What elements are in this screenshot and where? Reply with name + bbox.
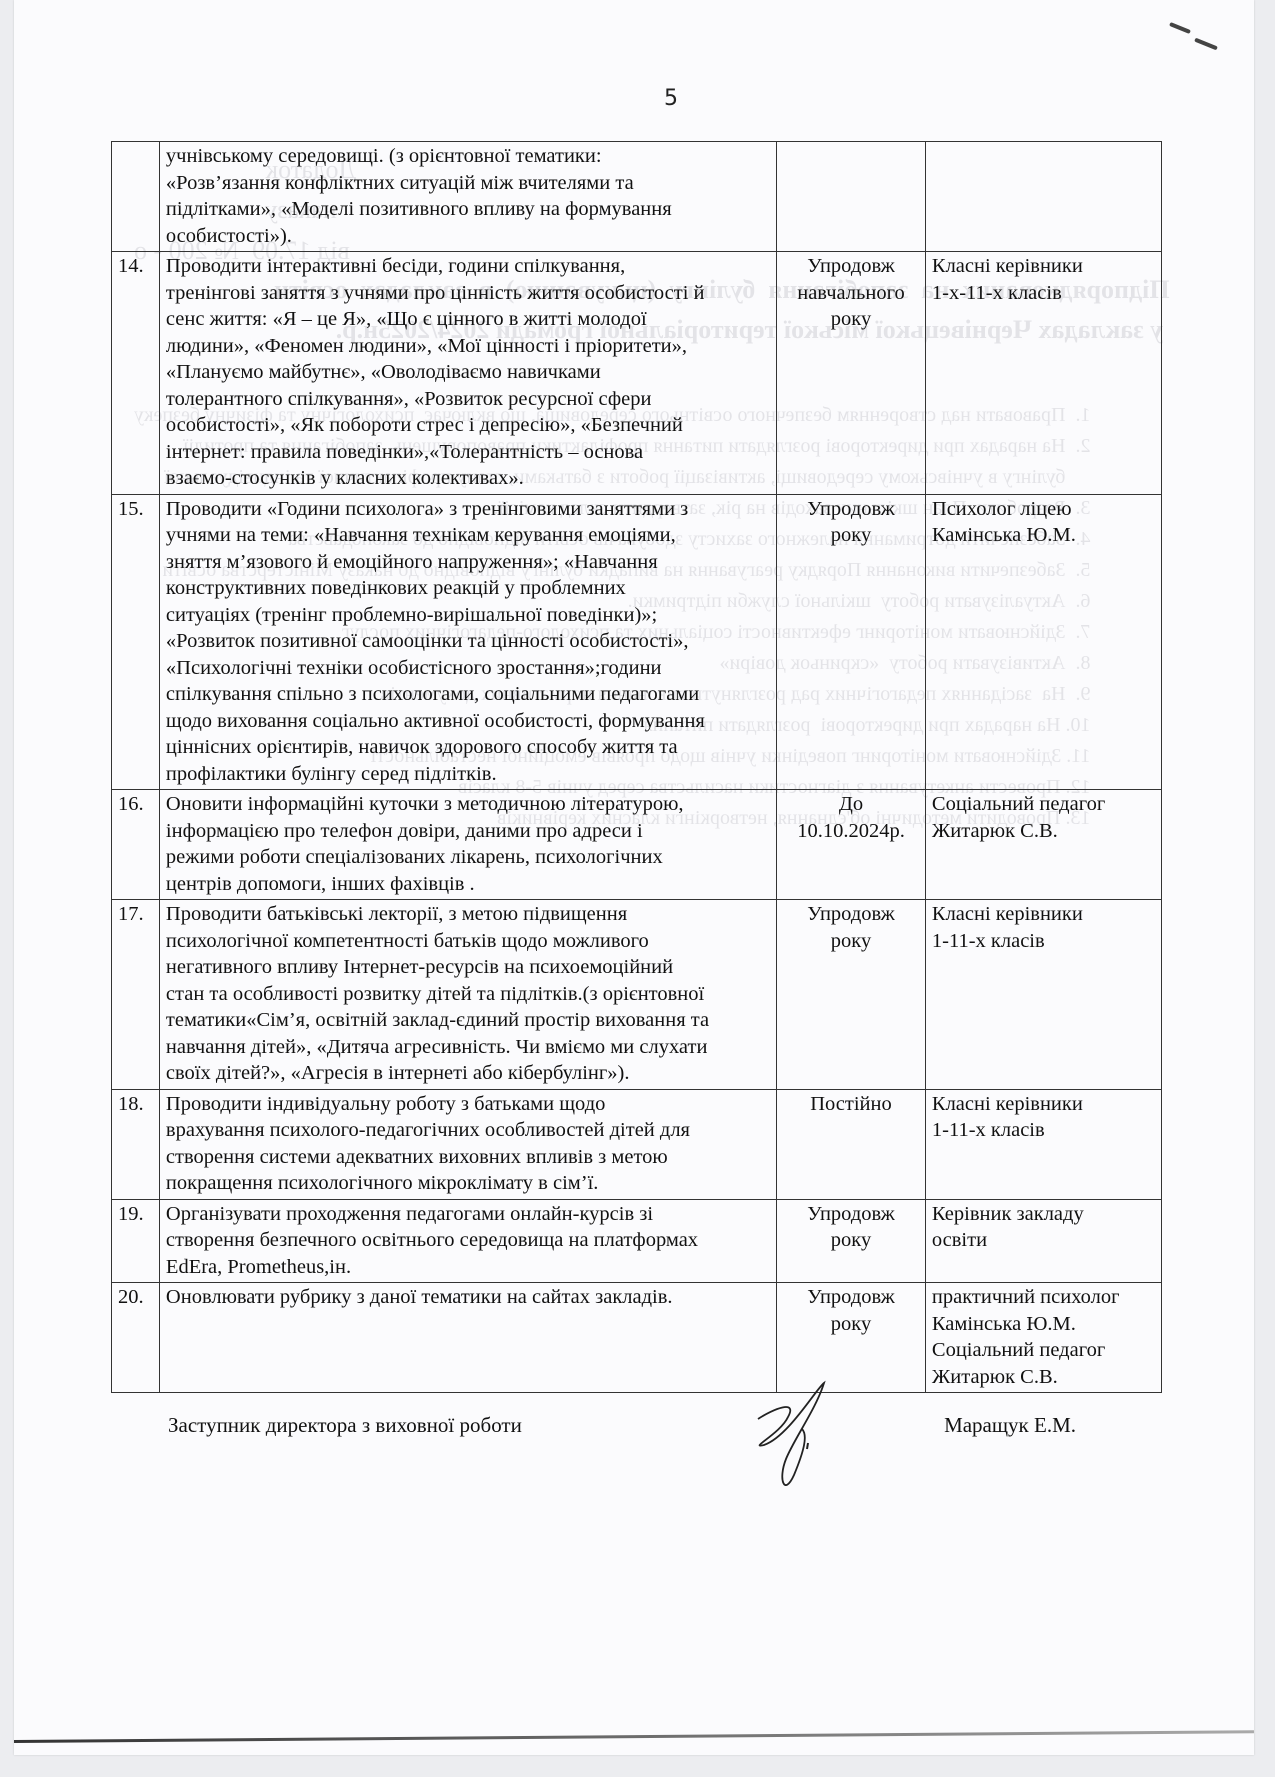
deadline-text-line: Упродовж — [783, 901, 919, 928]
deadline-text-line: Упродовж — [783, 1284, 919, 1311]
responsible-cell: практичний психологКамінська Ю.М.Соціаль… — [925, 1283, 1161, 1393]
task-text-line: Організувати проходження педагогами онла… — [166, 1201, 770, 1228]
task-text-line: профілактики булінгу серед підлітків. — [166, 761, 770, 788]
task-text-line: Оновити інформаційні куточки з методично… — [166, 791, 770, 818]
row-number: 18. — [112, 1089, 160, 1199]
task-text-line: спілкування спільно з психологами, соціа… — [166, 681, 770, 708]
deadline-text-line: року — [783, 522, 919, 549]
deadline-cell: Упродовжнавчальногороку — [777, 252, 926, 495]
task-text-line: особистості», «Як побороти стрес і депре… — [166, 412, 770, 439]
deadline-text-line: року — [783, 928, 919, 955]
task-text-line: створення безпечного освітнього середови… — [166, 1227, 770, 1254]
responsible-text-line: Класні керівники — [932, 253, 1155, 280]
task-text-line: тренінгові заняття з учнями про цінність… — [166, 280, 770, 307]
task-text-line: Проводити індивідуальну роботу з батькам… — [166, 1091, 770, 1118]
task-text-line: створення системи адекватних виховних вп… — [166, 1144, 770, 1171]
row-number: 20. — [112, 1283, 160, 1393]
deadline-text-line: року — [783, 1227, 919, 1254]
task-cell: Проводити індивідуальну роботу з батькам… — [159, 1089, 776, 1199]
task-cell: Оновлювати рубрику з даної тематики на с… — [159, 1283, 776, 1393]
row-number — [112, 142, 160, 252]
task-text-line: навчання дітей», «Дитяча агресивність. Ч… — [166, 1034, 770, 1061]
handwritten-signature-icon — [728, 1379, 838, 1499]
task-text-line: ситуаціях (тренінг проблемно-вирішальної… — [166, 602, 770, 629]
deadline-text-line: року — [783, 306, 919, 333]
task-cell: Оновити інформаційні куточки з методично… — [159, 790, 776, 900]
deadline-cell: Упродовжроку — [777, 1283, 926, 1393]
task-text-line: тематики«Сім’я, освітній заклад-єдиний п… — [166, 1007, 770, 1034]
task-text-line: «Розв’язання конфліктних ситуацій між вч… — [166, 170, 770, 197]
responsible-text-line: Соціальний педагог — [932, 1337, 1155, 1364]
deadline-text-line: Упродовж — [783, 496, 919, 523]
deadline-text-line: року — [783, 1311, 919, 1338]
row-number: 19. — [112, 1199, 160, 1283]
task-text-line: покращення психологічного мікроклімату в… — [166, 1170, 770, 1197]
responsible-text-line: Житарюк С.В. — [932, 818, 1155, 845]
task-text-line: взаємо-стосунків у класних колективах». — [166, 465, 770, 492]
deadline-text-line: 10.10.2024р. — [783, 818, 919, 845]
table-row: 18. Проводити індивідуальну роботу з бат… — [112, 1089, 1162, 1199]
task-text-line: інтернет: правила поведінки»,«Толерантні… — [166, 439, 770, 466]
table-row: 19. Організувати проходження педагогами … — [112, 1199, 1162, 1283]
task-text-line: зняття м’язового й емоційного напруження… — [166, 549, 770, 576]
responsible-text-line: Психолог ліцею — [932, 496, 1155, 523]
responsible-text-line: 1-11-х класів — [932, 928, 1155, 955]
task-text-line: Оновлювати рубрику з даної тематики на с… — [166, 1284, 770, 1311]
responsible-cell: Керівник закладуосвіти — [925, 1199, 1161, 1283]
responsible-cell: Соціальний педагогЖитарюк С.В. — [925, 790, 1161, 900]
table-row: 14. Проводити інтерактивні бесіди, годин… — [112, 252, 1162, 495]
task-text-line: врахування психолого-педагогічних особли… — [166, 1117, 770, 1144]
deadline-text-line: Упродовж — [783, 1201, 919, 1228]
deadline-cell: Упродовжроку — [777, 1199, 926, 1283]
table-row: учнівському середовищі. (з орієнтовної т… — [112, 142, 1162, 252]
responsible-text-line: Керівник закладу — [932, 1201, 1155, 1228]
responsible-text-line: практичний психолог — [932, 1284, 1155, 1311]
responsible-cell: Класні керівники1-11-х класів — [925, 1089, 1161, 1199]
task-text-line: «Психологічні техніки особистісного зрос… — [166, 655, 770, 682]
deadline-cell: До10.10.2024р. — [777, 790, 926, 900]
responsible-cell — [925, 142, 1161, 252]
task-text-line: людини», «Феномен людини», «Мої цінності… — [166, 333, 770, 360]
deadline-cell: Упродовжроку — [777, 900, 926, 1090]
task-cell: учнівському середовищі. (з орієнтовної т… — [159, 142, 776, 252]
task-text-line: стан та особливості розвитку дітей та пі… — [166, 981, 770, 1008]
responsible-text-line: 1-11-х класів — [932, 1117, 1155, 1144]
task-text-line: учнівському середовищі. (з орієнтовної т… — [166, 143, 770, 170]
task-cell: Проводити «Години психолога» з тренінгов… — [159, 494, 776, 790]
task-text-line: толерантного спілкування», «Розвиток рес… — [166, 386, 770, 413]
table-row: 16. Оновити інформаційні куточки з метод… — [112, 790, 1162, 900]
task-text-line: «Розвиток позитивної самооцінки та цінно… — [166, 628, 770, 655]
deadline-text-line: навчального — [783, 280, 919, 307]
task-text-line: EdEra, Prometheus,ін. — [166, 1254, 770, 1281]
task-text-line: своїх дітей?», «Агресія в інтернеті або … — [166, 1060, 770, 1087]
task-text-line: сенс життя: «Я – це Я», «Що є цінного в … — [166, 306, 770, 333]
signatory-title: Заступник директора з виховної роботи — [168, 1413, 522, 1438]
row-number: 16. — [112, 790, 160, 900]
responsible-text-line: Класні керівники — [932, 901, 1155, 928]
task-text-line: учнями на теми: «Навчання технікам керув… — [166, 522, 770, 549]
table-row: 15. Проводити «Години психолога» з трені… — [112, 494, 1162, 790]
signature-block: Заступник директора з виховної роботи Ма… — [168, 1413, 1098, 1453]
task-text-line: режими роботи спеціалізованих лікарень, … — [166, 844, 770, 871]
task-text-line: центрів допомоги, інших фахівців . — [166, 871, 770, 898]
responsible-text-line: Соціальний педагог — [932, 791, 1155, 818]
deadline-text-line: Постійно — [783, 1091, 919, 1118]
task-cell: Проводити батьківські лекторії, з метою … — [159, 900, 776, 1090]
task-text-line: особистості»). — [166, 223, 770, 250]
task-text-line: «Плануємо майбутнє», «Оволодіваємо навич… — [166, 359, 770, 386]
task-text-line: негативного впливу Інтернет-ресурсів на … — [166, 954, 770, 981]
task-text-line: щодо виховання соціально активної особис… — [166, 708, 770, 735]
responsible-text-line: Класні керівники — [932, 1091, 1155, 1118]
task-text-line: психологічної компетентності батьків щод… — [166, 928, 770, 955]
responsible-text-line: Камінська Ю.М. — [932, 1311, 1155, 1338]
responsible-text-line: 1-х-11-х класів — [932, 280, 1155, 307]
task-cell: Проводити інтерактивні бесіди, години сп… — [159, 252, 776, 495]
row-number: 14. — [112, 252, 160, 495]
deadline-cell: Упродовжроку — [777, 494, 926, 790]
responsible-cell: Класні керівники1-11-х класів — [925, 900, 1161, 1090]
scan-mark — [1169, 22, 1191, 34]
action-plan-table: учнівському середовищі. (з орієнтовної т… — [111, 141, 1162, 1393]
signatory-name: Маращук Е.М. — [944, 1413, 1076, 1438]
task-text-line: Проводити інтерактивні бесіди, години сп… — [166, 253, 770, 280]
page-number: 5 — [664, 86, 678, 111]
task-text-line: ціннісних орієнтирів, навичок здорового … — [166, 734, 770, 761]
responsible-text-line: Житарюк С.В. — [932, 1364, 1155, 1391]
deadline-text-line: До — [783, 791, 919, 818]
row-number: 15. — [112, 494, 160, 790]
task-text-line: Проводити «Години психолога» з тренінгов… — [166, 496, 770, 523]
task-text-line: інформацією про телефон довіри, даними п… — [166, 818, 770, 845]
deadline-text-line: Упродовж — [783, 253, 919, 280]
responsible-text-line: Камінська Ю.М. — [932, 522, 1155, 549]
responsible-cell: Психолог ліцеюКамінська Ю.М. — [925, 494, 1161, 790]
table-row: 20. Оновлювати рубрику з даної тематики … — [112, 1283, 1162, 1393]
task-text-line: конструктивних поведінкових реакцій у пр… — [166, 575, 770, 602]
scan-mark — [1194, 38, 1218, 51]
task-text-line: Проводити батьківські лекторії, з метою … — [166, 901, 770, 928]
responsible-text-line: освіти — [932, 1227, 1155, 1254]
row-number: 17. — [112, 900, 160, 1090]
responsible-cell: Класні керівники1-х-11-х класів — [925, 252, 1161, 495]
deadline-cell — [777, 142, 926, 252]
task-cell: Організувати проходження педагогами онла… — [159, 1199, 776, 1283]
task-text-line: підлітками», «Моделі позитивного впливу … — [166, 196, 770, 223]
table-row: 17. Проводити батьківські лекторії, з ме… — [112, 900, 1162, 1090]
deadline-cell: Постійно — [777, 1089, 926, 1199]
